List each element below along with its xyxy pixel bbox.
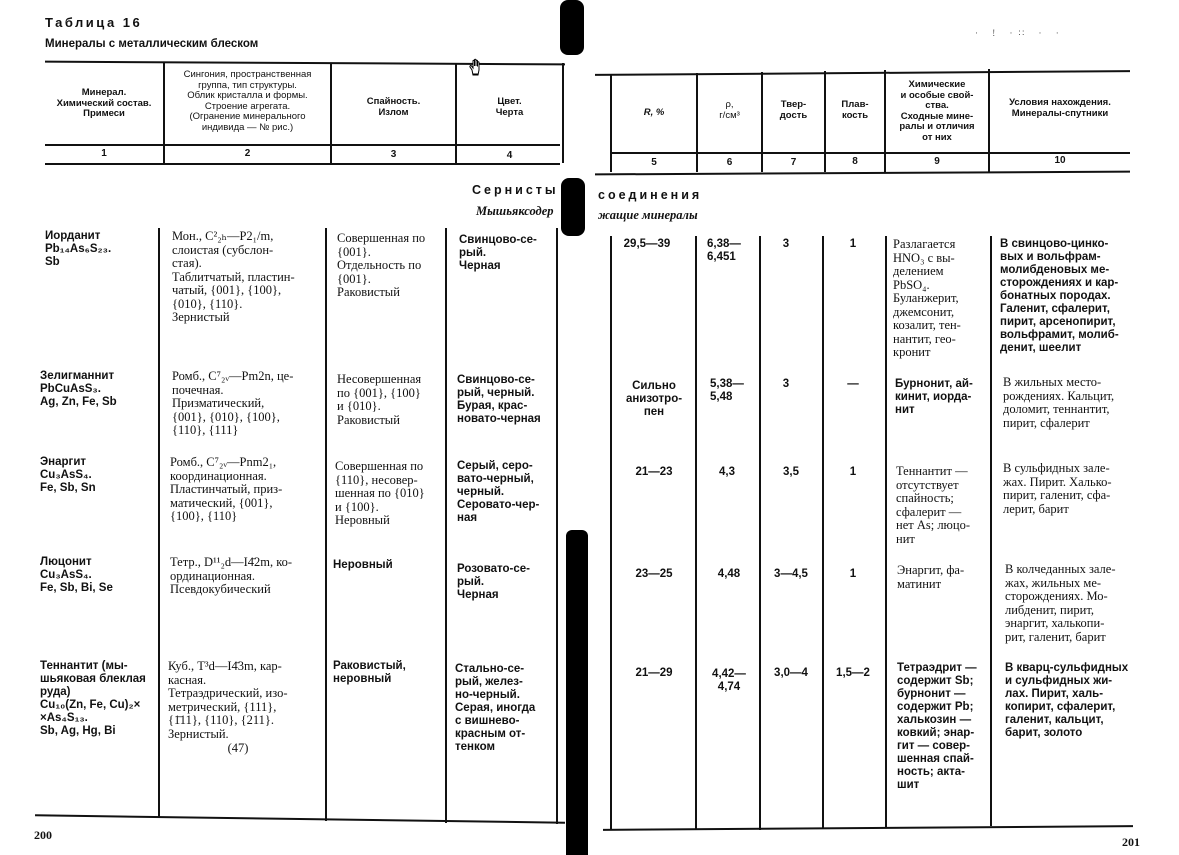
fusibility-cell: 1 (824, 466, 882, 479)
occurrence-cell: В кварц-сульфидных и сульфидных жи- лах.… (1005, 662, 1145, 740)
body-col-divider-9 (885, 236, 887, 828)
hardness-cell: 3—4,5 (761, 568, 821, 581)
occurrence-cell: В колчеданных зале- жах, жильных ме- сто… (1005, 563, 1145, 644)
density-cell: 4,48 (697, 568, 761, 581)
header-col-5: R, % (612, 108, 696, 119)
col-number-6: 6 (698, 157, 761, 168)
mineral-name-cell: Зелигманнит PbCuAsS₃. Ag, Zn, Fe, Sb (40, 370, 158, 409)
properties-cell: Тетраэдрит — содержит Sb; бурнонит — сод… (897, 662, 991, 792)
reflectance-cell: Сильно анизотро- пен (612, 380, 696, 419)
fusibility-cell: — (824, 378, 882, 391)
body-col-divider-3 (445, 228, 447, 823)
body-col-divider-8 (822, 236, 824, 829)
hardness-cell: 3,5 (761, 466, 821, 479)
occurrence-cell: В жильных место- рождениях. Кальцит, дол… (1003, 376, 1143, 430)
body-col-divider-5 (610, 236, 612, 830)
properties-cell: Теннантит — отсутствует спайность; сфале… (896, 465, 990, 546)
col-number-10: 10 (990, 155, 1130, 166)
color-cell: Свинцово-се- рый. Черная (459, 234, 555, 273)
reflectance-cell: 29,5—39 (612, 238, 682, 251)
reflectance-cell: 21—29 (612, 667, 696, 680)
header-top-rule (595, 70, 1130, 76)
left-page: Таблица 16 Минералы с металлическим блес… (0, 0, 575, 855)
header-col-1: Минерал. Химический состав. Примеси (45, 88, 163, 120)
mineral-name-cell: Теннантит (мы- шьяковая блеклая руда) Cu… (40, 660, 158, 738)
occurrence-cell: В свинцово-цинко- вых и вольфрам- молибд… (1000, 238, 1140, 355)
fusibility-cell: 1,5—2 (824, 667, 882, 680)
hardness-cell: 3 (761, 378, 811, 391)
cleavage-cell: Несовершенная по {001}, {100} и {010}. Р… (337, 373, 445, 427)
col-number-5: 5 (612, 157, 696, 168)
spine-shadow-top (560, 0, 584, 55)
structure-cell: Ромб., C⁷₂ᵥ—Pm2n, це- почечная. Призмати… (172, 370, 324, 438)
table-label: Таблица 16 (45, 15, 142, 30)
properties-cell: Бурнонит, ай- кинит, иорда- нит (895, 378, 991, 417)
col-number-7: 7 (763, 157, 824, 168)
header-col-8: Плав- кость (826, 100, 884, 121)
header-col-9: Химические и особые свой- ства. Сходные … (886, 80, 988, 143)
table-title: Минералы с металлическим блеском (45, 38, 258, 50)
body-col-divider-7 (759, 236, 761, 830)
occurrence-cell: В сульфидных зале- жах. Пирит. Халько- п… (1003, 462, 1143, 516)
col-number-1: 1 (45, 148, 163, 159)
mineral-name-cell: Иорданит Pb₁₄As₆S₂₃. Sb (45, 230, 157, 269)
header-mid-rule (45, 144, 560, 146)
mineral-name-cell: Энаргит Cu₃AsS₄. Fe, Sb, Sn (40, 456, 158, 495)
color-cell: Стально-се- рый, желез- но-черный. Серая… (455, 663, 555, 754)
color-cell: Розовато-се- рый. Черная (457, 563, 555, 602)
body-bottom-rule (35, 814, 565, 823)
header-col-10: Условия нахождения. Минералы-спутники (990, 98, 1130, 119)
section-title-left: Сернисты (472, 183, 559, 197)
structure-cell: Мон., C²₂ₕ—P2₁/m, слоистая (субслон- ста… (172, 230, 324, 325)
properties-cell: Энаргит, фа- матинит (897, 564, 991, 591)
cleavage-cell: Совершенная по {110}, несовер- шенная по… (335, 460, 445, 528)
structure-cell: Ромб., C⁷₂ᵥ—Pnm2₁, координационная. Плас… (170, 456, 324, 524)
header-bottom-rule (45, 163, 560, 165)
page-number-left: 200 (34, 828, 52, 843)
right-page: · ! ·∷ · · R, % ρ, г/см³ Твер- дость Пла… (595, 0, 1179, 855)
hand-pointer-icon (468, 58, 484, 76)
structure-cell: Тетр., D¹¹₂d—I4̄2m, ко- ординационная. П… (170, 556, 324, 597)
figure-reference: (47) (168, 742, 308, 756)
mineral-name-cell: Люцонит Cu₃AsS₄. Fe, Sb, Bi, Se (40, 556, 158, 595)
col-divider-4 (562, 63, 564, 163)
faint-header-marks: · ! ·∷ · · (975, 28, 1065, 39)
body-col-divider-4 (556, 228, 558, 824)
body-col-divider-1 (158, 228, 160, 818)
col-number-4: 4 (457, 150, 562, 161)
color-cell: Свинцово-се- рый, черный. Бурая, крас- н… (457, 374, 555, 426)
body-col-divider-2 (325, 228, 327, 821)
cleavage-cell: Неровный (333, 559, 443, 572)
structure-cell: Куб., T³d—I4̄3m, кар- касная. Тетраэдрич… (168, 660, 324, 741)
page-number-right: 201 (1122, 835, 1140, 850)
header-col-4: Цвет. Черта (457, 97, 562, 118)
cleavage-cell: Раковистый, неровный (333, 660, 443, 686)
density-cell: 4,42— 4,74 (697, 668, 761, 694)
density-cell: 4,3 (697, 466, 757, 479)
section-subtitle-left: Мышьяксодер (476, 204, 554, 219)
col-number-8: 8 (826, 156, 884, 167)
body-bottom-rule (603, 825, 1133, 831)
header-col-3: Спайность. Излом (332, 97, 455, 118)
density-cell: 6,38— 6,451 (707, 238, 759, 264)
col-number-2: 2 (165, 148, 330, 159)
color-cell: Серый, серо- вато-черный, черный. Серова… (457, 460, 555, 525)
properties-cell: Разлагается HNO₃ с вы- делением PbSO₄. Б… (893, 238, 989, 360)
col-number-9: 9 (886, 156, 988, 167)
header-top-rule (45, 61, 565, 66)
header-bottom-rule (595, 171, 1130, 176)
fusibility-cell: 1 (824, 238, 882, 251)
header-col-6: ρ, г/см³ (698, 100, 761, 121)
section-subtitle-right: жащие минералы (598, 208, 698, 223)
header-mid-rule (610, 152, 1130, 154)
cleavage-cell: Совершенная по {001}. Отдельность по {00… (337, 232, 445, 300)
hardness-cell: 3,0—4 (761, 667, 821, 680)
spine-shadow-bottom (566, 530, 588, 855)
spine-shadow-mid (561, 178, 585, 236)
header-col-7: Твер- дость (763, 100, 824, 121)
header-col-2: Сингония, пространственная группа, тип с… (165, 70, 330, 133)
reflectance-cell: 21—23 (612, 466, 696, 479)
body-col-divider-6 (695, 236, 697, 830)
fusibility-cell: 1 (824, 568, 882, 581)
section-title-right: соединения (598, 188, 702, 202)
reflectance-cell: 23—25 (612, 568, 696, 581)
density-cell: 5,38— 5,48 (710, 378, 760, 404)
col-number-3: 3 (332, 149, 455, 160)
hardness-cell: 3 (761, 238, 811, 251)
